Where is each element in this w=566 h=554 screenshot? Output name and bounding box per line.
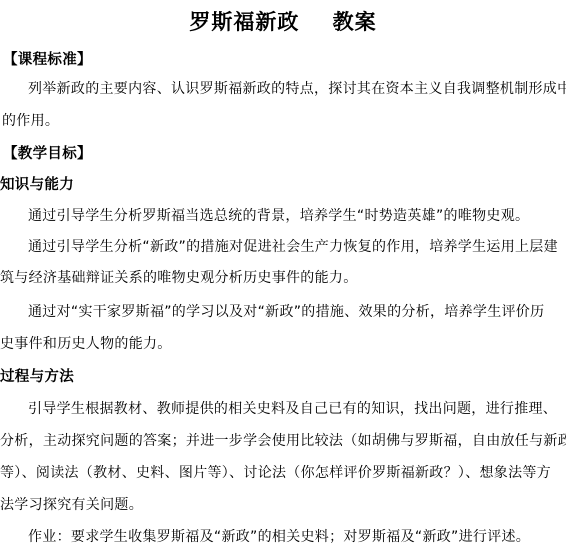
paragraph-line: 等）、阅读法（教材、史料、图片等）、讨论法（你怎样评价罗斯福新政？）、想象法等方 bbox=[0, 463, 566, 483]
paragraph-line: 筑与经济基础辩证关系的唯物史观分析历史事件的能力。 bbox=[0, 268, 566, 288]
paragraph-line: 通过引导学生分析“新政”的措施对促进社会生产力恢复的作用，培养学生运用上层建 bbox=[0, 237, 566, 257]
homework-line: 作业：要求学生收集罗斯福及“新政”的相关史料；对罗斯福及“新政”进行评述。 bbox=[0, 527, 566, 547]
section-heading-teaching-goals: 【教学目标】 bbox=[3, 144, 566, 164]
section-heading-curriculum-standard: 【课程标准】 bbox=[3, 50, 566, 70]
paragraph-line: 通过引导学生分析罗斯福当选总统的背景，培养学生“时势造英雄”的唯物史观。 bbox=[0, 206, 566, 226]
paragraph-line: 法学习探究有关问题。 bbox=[0, 495, 566, 515]
paragraph-line: 史事件和历史人物的能力。 bbox=[0, 334, 566, 354]
paragraph-line: 分析，主动探究问题的答案；并进一步学会使用比较法（如胡佛与罗斯福，自由放任与新政 bbox=[0, 431, 566, 451]
paragraph-line: 引导学生根据教材、教师提供的相关史料及自己已有的知识，找出问题，进行推理、 bbox=[0, 399, 566, 419]
paragraph-line: 通过对“实干家罗斯福”的学习以及对“新政”的措施、效果的分析，培养学生评价历 bbox=[0, 302, 566, 322]
paragraph-line: 的作用。 bbox=[2, 111, 566, 131]
paragraph-line: 列举新政的主要内容、认识罗斯福新政的特点，探讨其在资本主义自我调整机制形成中 bbox=[0, 79, 566, 99]
document-title: 罗斯福新政 教案 bbox=[0, 8, 566, 36]
subheading-knowledge-ability: 知识与能力 bbox=[0, 175, 566, 195]
subheading-process-method: 过程与方法 bbox=[0, 367, 566, 387]
